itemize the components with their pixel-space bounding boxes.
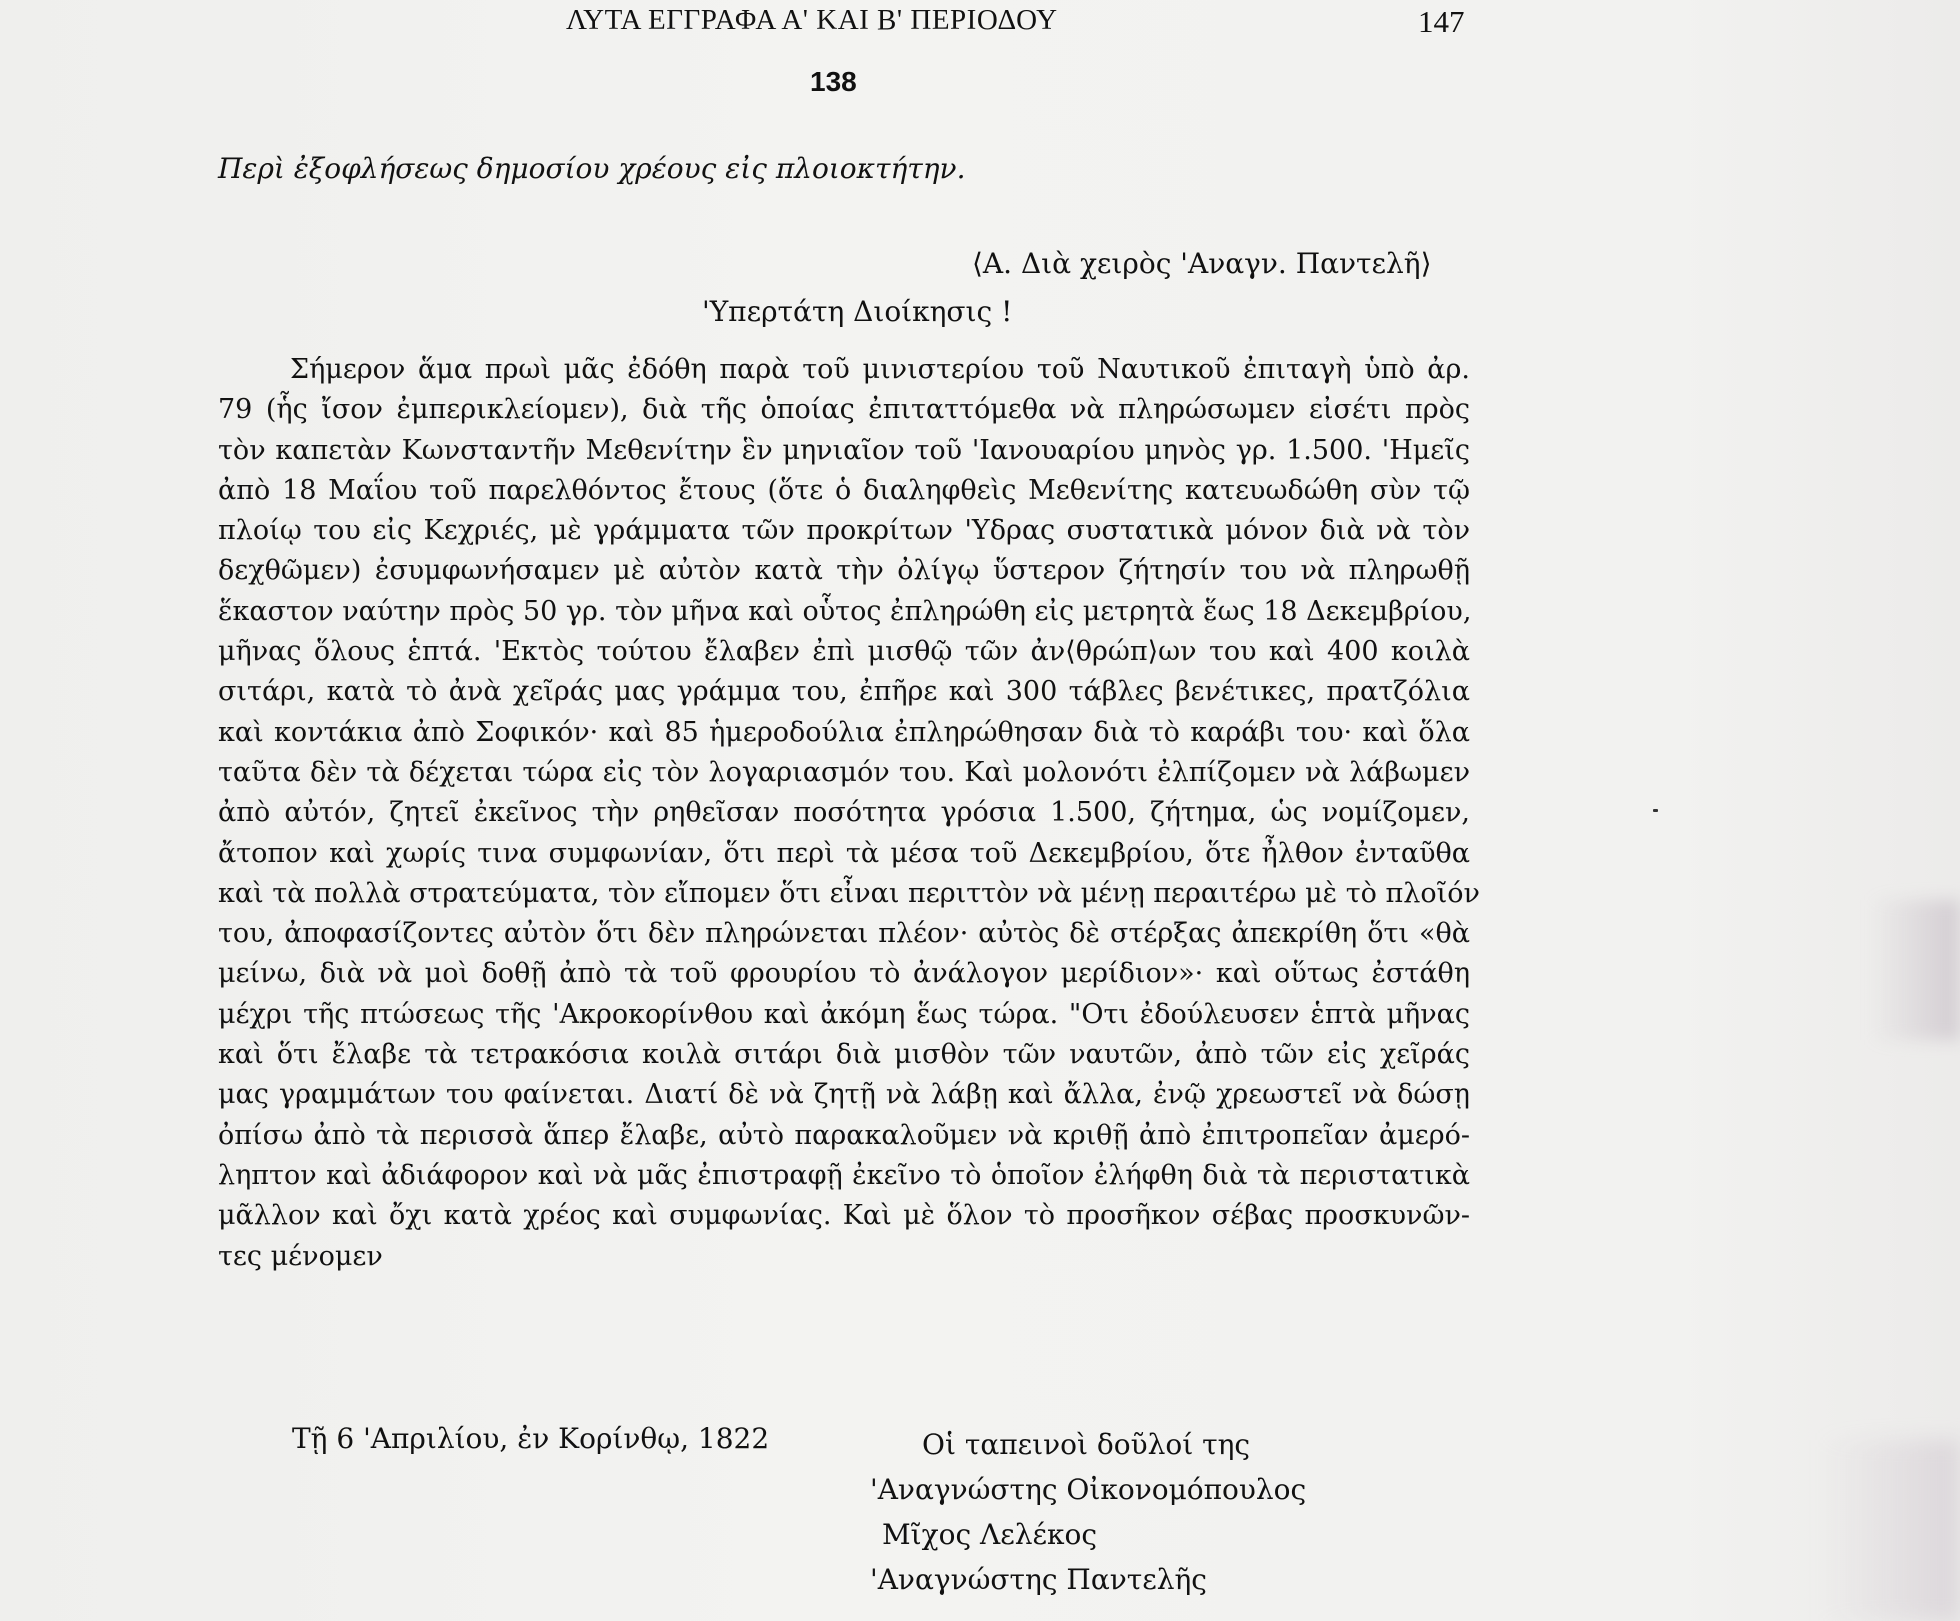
page-edge-shadow xyxy=(1870,900,1960,1040)
body-line: μῆνας ὅλους ἑπτά. 'Εκτὸς τούτου ἔλαβεν ἐ… xyxy=(218,632,1470,672)
letter-body: Σήμερον ἅμα πρωὶ μᾶς ἐδόθη παρὰ τοῦ μινι… xyxy=(218,350,1470,1277)
body-line: μας γραμμάτων του φαίνεται. Διατί δὲ νὰ … xyxy=(218,1075,1470,1115)
body-line: ὀπίσω ἀπὸ τὰ περισσὰ ἅπερ ἔλαβε, αὐτὸ πα… xyxy=(218,1116,1470,1156)
body-line: ἀπὸ αὐτόν, ζητεῖ ἐκεῖνος τὴν ρηθεῖσαν πο… xyxy=(218,793,1470,833)
document-number: 138 xyxy=(810,66,857,98)
body-line: ληπτον καὶ ἀδιάφορον καὶ νὰ μᾶς ἐπιστραφ… xyxy=(218,1156,1470,1196)
body-line: τες μένομεν xyxy=(218,1237,1470,1277)
signature-block: Οἱ ταπεινοὶ δοῦλοί της 'Αναγνώστης Οἰκον… xyxy=(870,1422,1306,1602)
body-line: πλοίῳ του εἰς Κεχριές, μὲ γράμματα τῶν π… xyxy=(218,511,1470,551)
attribution-note: ⟨Α. Διὰ χειρὸς 'Αναγν. Παντελῆ⟩ xyxy=(972,247,1432,280)
body-line: μέχρι τῆς πτώσεως τῆς 'Ακροκορίνθου καὶ … xyxy=(218,995,1470,1035)
body-line: καὶ τὰ πολλὰ στρατεύματα, τὸν εἴπομεν ὅτ… xyxy=(218,874,1470,914)
body-line: καὶ ὅτι ἔλαβε τὰ τετρακόσια κοιλὰ σιτάρι… xyxy=(218,1035,1470,1075)
body-line: Σήμερον ἅμα πρωὶ μᾶς ἐδόθη παρὰ τοῦ μινι… xyxy=(218,350,1470,390)
body-line: μείνω, διὰ νὰ μοὶ δοθῇ ἀπὸ τὰ τοῦ φρουρί… xyxy=(218,954,1470,994)
signatory-name: 'Αναγνώστης Παντελῆς xyxy=(870,1557,1306,1602)
salutation: 'Υπερτάτη Διοίκησις ! xyxy=(702,295,1012,328)
running-head: ΛΥΤΑ ΕΓΓΡΑΦΑ Α' ΚΑΙ Β' ΠΕΡΙΟΔΟΥ xyxy=(566,4,1058,37)
body-line: καὶ κοντάκια ἀπὸ Σοφικόν· καὶ 85 ἡμεροδο… xyxy=(218,713,1470,753)
scan-speck xyxy=(1653,809,1658,812)
body-line: ἄτοπον καὶ χωρίς τινα συμφωνίαν, ὅτι περ… xyxy=(218,834,1470,874)
body-line: μᾶλλον καὶ ὄχι κατὰ χρέος καὶ συμφωνίας.… xyxy=(218,1196,1470,1236)
body-line: του, ἀποφασίζοντες αὐτὸν ὅτι δὲν πληρώνε… xyxy=(218,914,1470,954)
body-line: 79 (ἧς ἴσον ἐμπερικλείομεν), διὰ τῆς ὁπο… xyxy=(218,390,1470,430)
document-title: Περὶ ἐξοφλήσεως δημοσίου χρέους εἰς πλοι… xyxy=(218,152,965,185)
body-line: ἀπὸ 18 Μαΐου τοῦ παρελθόντος ἔτους (ὅτε … xyxy=(218,471,1470,511)
page-edge-shadow-lower xyxy=(1820,1440,1960,1621)
body-line: δεχθῶμεν) ἐσυμφωνήσαμεν μὲ αὐτὸν κατὰ τὴ… xyxy=(218,551,1470,591)
body-line: ἕκαστον ναύτην πρὸς 50 γρ. τὸν μῆνα καὶ … xyxy=(218,592,1470,632)
signatures-intro: Οἱ ταπεινοὶ δοῦλοί της xyxy=(870,1422,1306,1467)
scanned-page: ΛΥΤΑ ΕΓΓΡΑΦΑ Α' ΚΑΙ Β' ΠΕΡΙΟΔΟΥ 147 138 … xyxy=(0,0,1960,1621)
date-place: Τῇ 6 'Απριλίου, ἐν Κορίνθῳ, 1822 xyxy=(292,1422,769,1455)
signatory-name: Μῖχος Λελέκος xyxy=(870,1512,1306,1557)
body-line: τὸν καπετὰν Κωνσταντῆν Μεθενίτην ἓν μηνι… xyxy=(218,431,1470,471)
signatory-name: 'Αναγνώστης Οἰκονομόπουλος xyxy=(870,1467,1306,1512)
body-line: σιτάρι, κατὰ τὸ ἀνὰ χεῖράς μας γράμμα το… xyxy=(218,672,1470,712)
page-number: 147 xyxy=(1418,4,1465,40)
body-line: ταῦτα δὲν τὰ δέχεται τώρα εἰς τὸν λογαρι… xyxy=(218,753,1470,793)
